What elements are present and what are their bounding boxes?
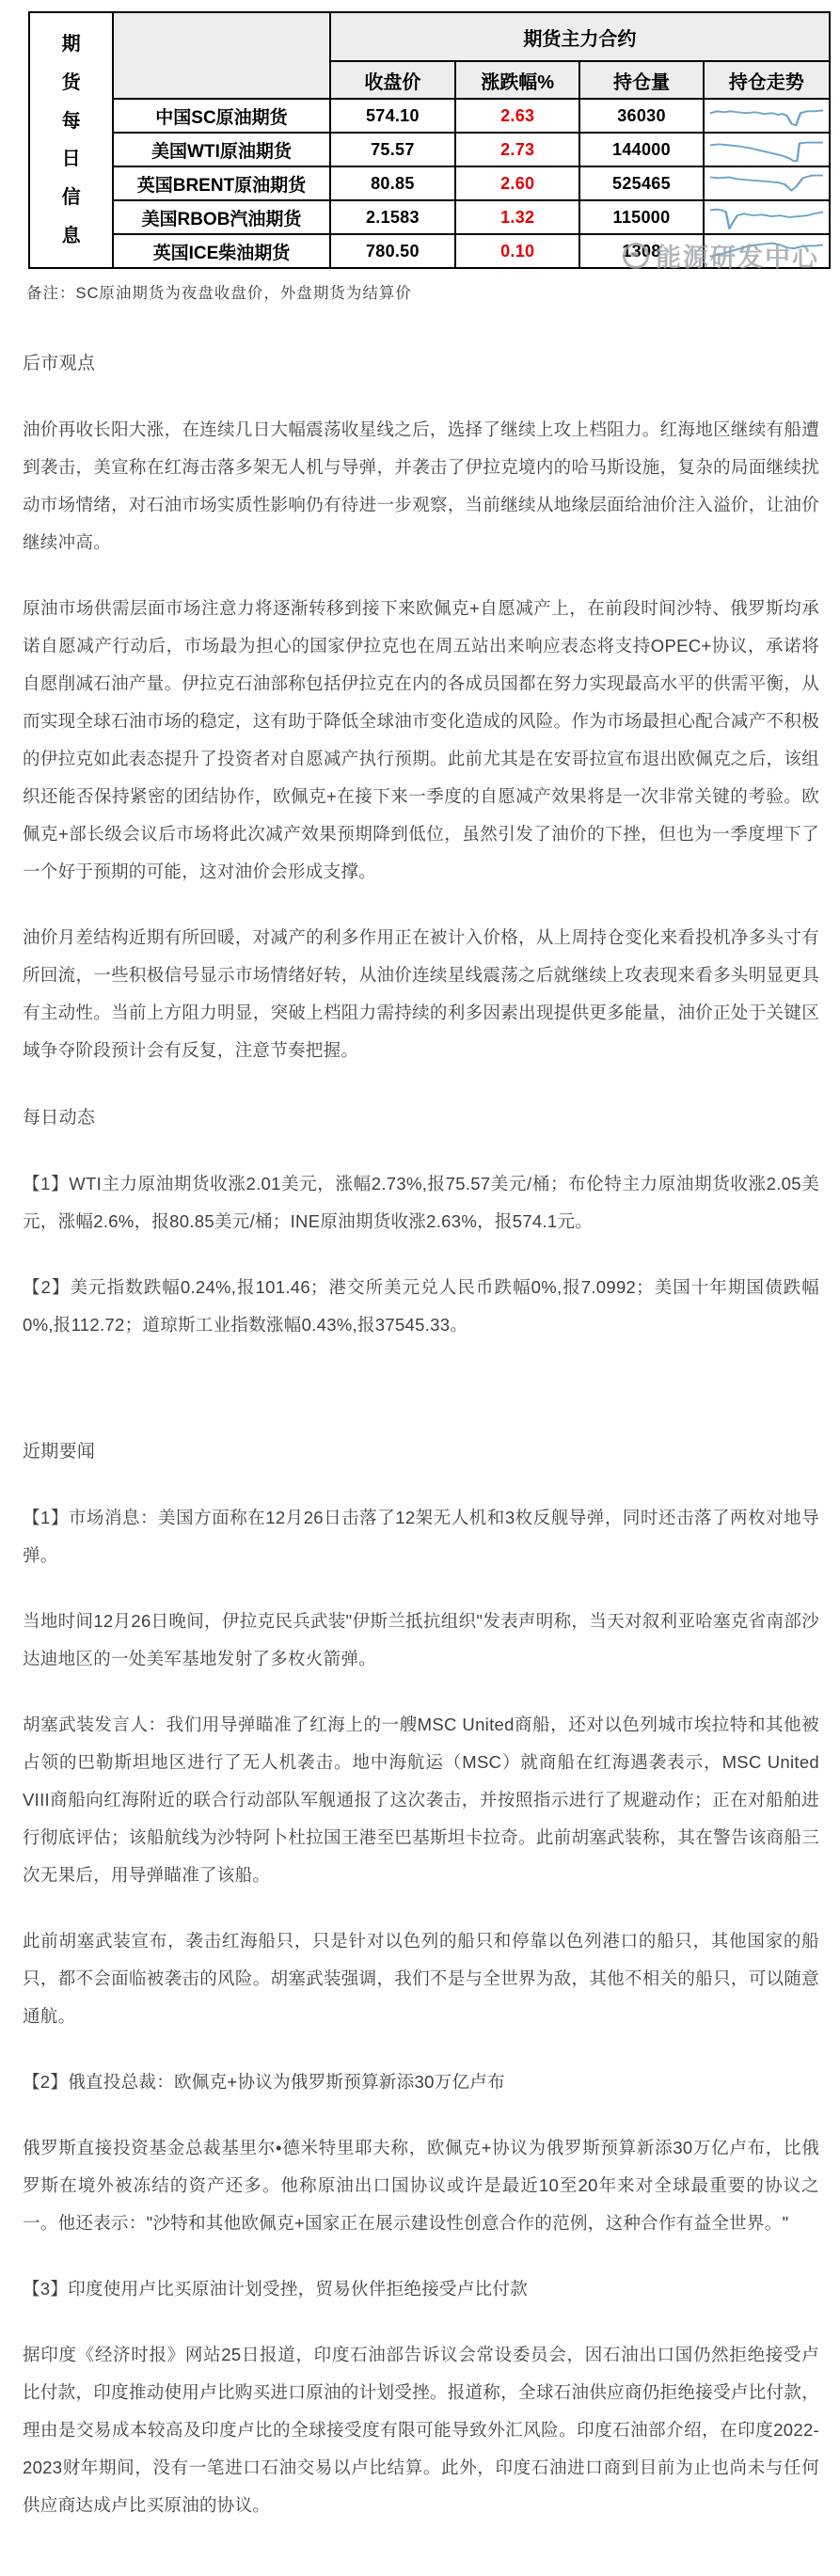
futures-daily-table: 期货每日信息 期货主力合约 收盘价涨跌幅%持仓量持仓走势 中国SC原油期货574… [28, 11, 831, 269]
paragraph: 俄罗斯直接投资基金总裁基里尔•德米特里耶夫称，欧佩克+协议为俄罗斯预算新添30万… [23, 2129, 819, 2242]
paragraph: 油价月差结构近期有所回暖，对减产的利多作用正在被计入价格，从上周持仓变化来看投机… [23, 919, 819, 1069]
paragraph: 油价再收长阳大涨，在连续几日大幅震荡收星线之后，选择了继续上攻上档阻力。红海地区… [23, 411, 819, 561]
table-row: 英国BRENT原油期货80.852.60525465 [29, 166, 830, 200]
sidebar-char: 息 [62, 227, 81, 245]
open-interest-sparkline [704, 166, 830, 200]
open-interest-cell: 1308 [579, 234, 703, 268]
close-price-cell: 780.50 [330, 234, 455, 268]
article-body: 后市观点油价再收长阳大涨，在连续几日大幅震荡收星线之后，选择了继续上攻上档阻力。… [23, 345, 819, 2524]
change-percent-cell: 1.32 [455, 200, 579, 234]
contract-name-cell: 英国ICE柴油期货 [113, 234, 330, 268]
section-heading: 后市观点 [23, 345, 819, 383]
open-interest-sparkline [704, 200, 830, 234]
sidebar-char: 每 [62, 112, 81, 131]
table-note: 备注：SC原油期货为夜盘收盘价，外盘期货为结算价 [26, 280, 819, 303]
change-percent-cell: 0.10 [455, 234, 579, 268]
open-interest-cell: 144000 [579, 133, 703, 166]
contract-name-cell: 美国WTI原油期货 [113, 133, 330, 166]
table-corner-cell [113, 12, 330, 99]
column-header: 涨跌幅% [455, 61, 579, 99]
open-interest-sparkline [704, 99, 830, 133]
table-row: 英国ICE柴油期货780.500.101308 [29, 234, 830, 268]
article-page: 期货每日信息 期货主力合约 收盘价涨跌幅%持仓量持仓走势 中国SC原油期货574… [0, 0, 840, 2576]
change-percent-cell: 2.60 [455, 166, 579, 200]
table-row: 美国RBOB汽油期货2.15831.32115000 [29, 200, 830, 234]
change-percent-cell: 2.73 [455, 133, 579, 166]
sidebar-char: 日 [62, 150, 81, 168]
paragraph: 原油市场供需层面市场注意力将逐渐转移到接下来欧佩克+自愿减产上，在前段时间沙特、… [23, 590, 819, 891]
close-price-cell: 2.1583 [330, 200, 455, 234]
table-sidebar-label: 期货每日信息 [29, 12, 113, 268]
section-heading: 每日动态 [23, 1099, 819, 1137]
paragraph: 【3】印度使用卢比买原油计划受挫，贸易伙伴拒绝接受卢比付款 [23, 2270, 819, 2308]
open-interest-cell: 115000 [579, 200, 703, 234]
futures-table-section: 期货每日信息 期货主力合约 收盘价涨跌幅%持仓量持仓走势 中国SC原油期货574… [23, 11, 819, 269]
paragraph: 【2】美元指数跌幅0.24%,报101.46；港交所美元兑人民币跌幅0%,报7.… [23, 1269, 819, 1344]
paragraph: 【1】市场消息：美国方面称在12月26日击落了12架无人机和3枚反舰导弹，同时还… [23, 1499, 819, 1574]
open-interest-cell: 525465 [579, 166, 703, 200]
section-heading: 近期要闻 [23, 1433, 819, 1471]
group-header: 期货主力合约 [330, 12, 830, 61]
column-header: 收盘价 [330, 61, 455, 99]
paragraph: 【2】俄直投总裁：欧佩克+协议为俄罗斯预算新添30万亿卢布 [23, 2063, 819, 2101]
open-interest-sparkline [704, 133, 830, 166]
close-price-cell: 75.57 [330, 133, 455, 166]
contract-name-cell: 美国RBOB汽油期货 [113, 200, 330, 234]
paragraph: 此前胡塞武装宣布，袭击红海船只，只是针对以色列的船只和停靠以色列港口的船只，其他… [23, 1922, 819, 2035]
table-row: 中国SC原油期货574.102.6336030 [29, 99, 830, 133]
close-price-cell: 80.85 [330, 166, 455, 200]
column-header: 持仓量 [579, 61, 703, 99]
close-price-cell: 574.10 [330, 99, 455, 133]
open-interest-sparkline [704, 234, 830, 268]
contract-name-cell: 英国BRENT原油期货 [113, 166, 330, 200]
open-interest-cell: 36030 [579, 99, 703, 133]
paragraph: 当地时间12月26日晚间，伊拉克民兵武装"伊斯兰抵抗组织"发表声明称，当天对叙利… [23, 1603, 819, 1678]
column-header: 持仓走势 [704, 61, 830, 99]
paragraph: 【1】WTI主力原油期货收涨2.01美元，涨幅2.73%,报75.57美元/桶；… [23, 1165, 819, 1241]
sidebar-char: 货 [62, 73, 81, 92]
table-row: 美国WTI原油期货75.572.73144000 [29, 133, 830, 166]
paragraph: 据印度《经济时报》网站25日报道，印度石油部告诉议会常设委员会，因石油出口国仍然… [23, 2336, 819, 2524]
sidebar-vertical-text: 期货每日信息 [30, 15, 112, 265]
sidebar-char: 期 [62, 35, 81, 54]
contract-name-cell: 中国SC原油期货 [113, 99, 330, 133]
sidebar-char: 信 [62, 188, 81, 207]
paragraph: 胡塞武装发言人：我们用导弹瞄准了红海上的一艘MSC United商船，还对以色列… [23, 1706, 819, 1894]
change-percent-cell: 2.63 [455, 99, 579, 133]
